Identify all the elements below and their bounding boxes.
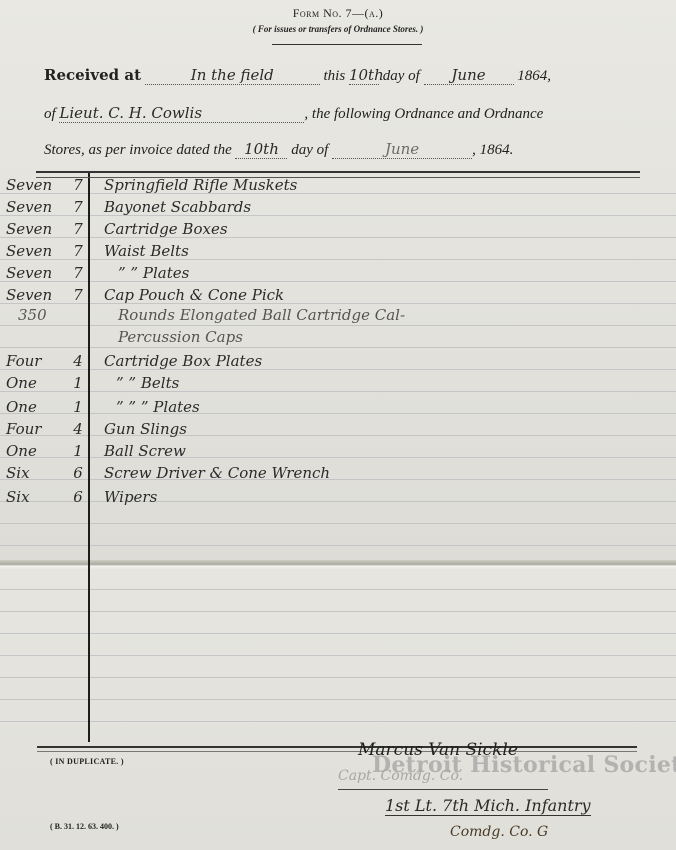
item-row: 350 Rounds Elongated Ball Cartridge Cal-	[0, 306, 676, 328]
qty-number: 7	[70, 220, 86, 238]
item-description: Waist Belts	[104, 242, 189, 260]
qty-number: 6	[70, 464, 86, 482]
qty-number: 4	[70, 420, 86, 438]
item-row: Seven 7 Waist Belts	[0, 242, 676, 264]
print-code: ( B. 31. 12. 63. 400. )	[50, 822, 119, 831]
received-at-label: Received at	[44, 66, 141, 84]
signature-unit: 1st Lt. 7th Mich. Infantry	[385, 796, 591, 816]
signature-rule	[338, 789, 548, 790]
item-description: ” ” Plates	[118, 264, 189, 282]
day-field: 10th	[349, 66, 379, 85]
qty-number: 1	[70, 374, 86, 392]
qty-word: One	[6, 374, 66, 392]
qty-number: 7	[70, 264, 86, 282]
item-description: Cap Pouch & Cone Pick	[104, 286, 284, 304]
item-row: Four 4 Cartridge Box Plates	[0, 352, 676, 374]
month-field: June	[424, 66, 514, 85]
qty-word: Six	[6, 464, 66, 482]
item-description: Gun Slings	[104, 420, 187, 438]
item-row: Four 4 Gun Slings	[0, 420, 676, 442]
paper-fold	[0, 560, 676, 570]
qty-number: 7	[70, 198, 86, 216]
qty-word: Seven	[6, 220, 66, 238]
year-text: 1864,	[517, 68, 551, 84]
item-row: Six 6 Wipers	[0, 488, 676, 510]
signature-faded-line: Capt. Comdg. Co.	[338, 768, 463, 784]
item-row: Percussion Caps	[0, 328, 676, 350]
qty-number: 7	[70, 286, 86, 304]
invoice-year-text: , 1864.	[472, 142, 513, 158]
receipt-line-3: Stores, as per invoice dated the 10th da…	[44, 140, 513, 159]
invoice-day-field: 10th	[235, 140, 287, 159]
in-duplicate-label: ( IN DUPLICATE. )	[50, 757, 124, 766]
item-description: Bayonet Scabbards	[104, 198, 251, 216]
invoice-month-field: June	[332, 140, 472, 159]
qty-number: 1	[70, 398, 86, 416]
stores-text: Stores, as per invoice dated the	[44, 142, 232, 158]
item-description: Cartridge Boxes	[104, 220, 228, 238]
of-label: of	[44, 106, 56, 122]
qty-number: 4	[70, 352, 86, 370]
header-rule	[272, 44, 422, 45]
qty-word: One	[6, 442, 66, 460]
receipt-line-1: Received at In the field this 10th day o…	[44, 66, 551, 85]
qty-word: Seven	[6, 176, 66, 194]
qty-number: 1	[70, 442, 86, 460]
item-row: One 1 Ball Screw	[0, 442, 676, 464]
qty-number: 6	[70, 488, 86, 506]
from-name-field: Lieut. C. H. Cowlis	[59, 104, 304, 123]
qty-word: Seven	[6, 286, 66, 304]
qty-word: Seven	[6, 242, 66, 260]
item-description: Springfield Rifle Muskets	[104, 176, 297, 194]
item-description: Cartridge Box Plates	[104, 352, 262, 370]
qty-word: Six	[6, 488, 66, 506]
item-row: Seven 7 Cartridge Boxes	[0, 220, 676, 242]
invoice-day-of-label: day of	[291, 142, 328, 158]
qty-number: 7	[70, 242, 86, 260]
item-row: One 1 ” ” ” Plates	[0, 398, 676, 420]
qty-word: Four	[6, 420, 66, 438]
qty-word: Seven	[6, 264, 66, 282]
qty-word: Four	[6, 352, 66, 370]
qty-word: Seven	[6, 198, 66, 216]
item-description: Screw Driver & Cone Wrench	[104, 464, 330, 482]
item-description: ” ” ” Plates	[116, 398, 200, 416]
qty-word: 350	[18, 306, 78, 324]
qty-word: One	[6, 398, 66, 416]
qty-number: 7	[70, 176, 86, 194]
form-subtitle: ( For issues or transfers of Ordnance St…	[0, 24, 676, 34]
place-field: In the field	[145, 66, 320, 85]
day-of-label: day of	[383, 68, 420, 84]
this-label: this	[324, 68, 346, 84]
item-row: Seven 7 Springfield Rifle Muskets	[0, 176, 676, 198]
form-number: Form No. 7—(a.)	[0, 6, 676, 21]
following-text: , the following Ordnance and Ordnance	[304, 106, 543, 122]
signature-title-scrawl: Comdg. Co. G	[450, 824, 548, 840]
item-description: Wipers	[104, 488, 157, 506]
item-row: Six 6 Screw Driver & Cone Wrench	[0, 464, 676, 486]
item-description: Rounds Elongated Ball Cartridge Cal-	[118, 306, 405, 324]
item-description: ” ” Belts	[116, 374, 179, 392]
receipt-line-2: of Lieut. C. H. Cowlis, the following Or…	[44, 104, 543, 123]
item-row: One 1 ” ” Belts	[0, 374, 676, 396]
item-description: Percussion Caps	[118, 328, 243, 346]
item-description: Ball Screw	[104, 442, 186, 460]
item-row: Seven 7 Cap Pouch & Cone Pick	[0, 286, 676, 308]
item-row: Seven 7 ” ” Plates	[0, 264, 676, 286]
item-row: Seven 7 Bayonet Scabbards	[0, 198, 676, 220]
